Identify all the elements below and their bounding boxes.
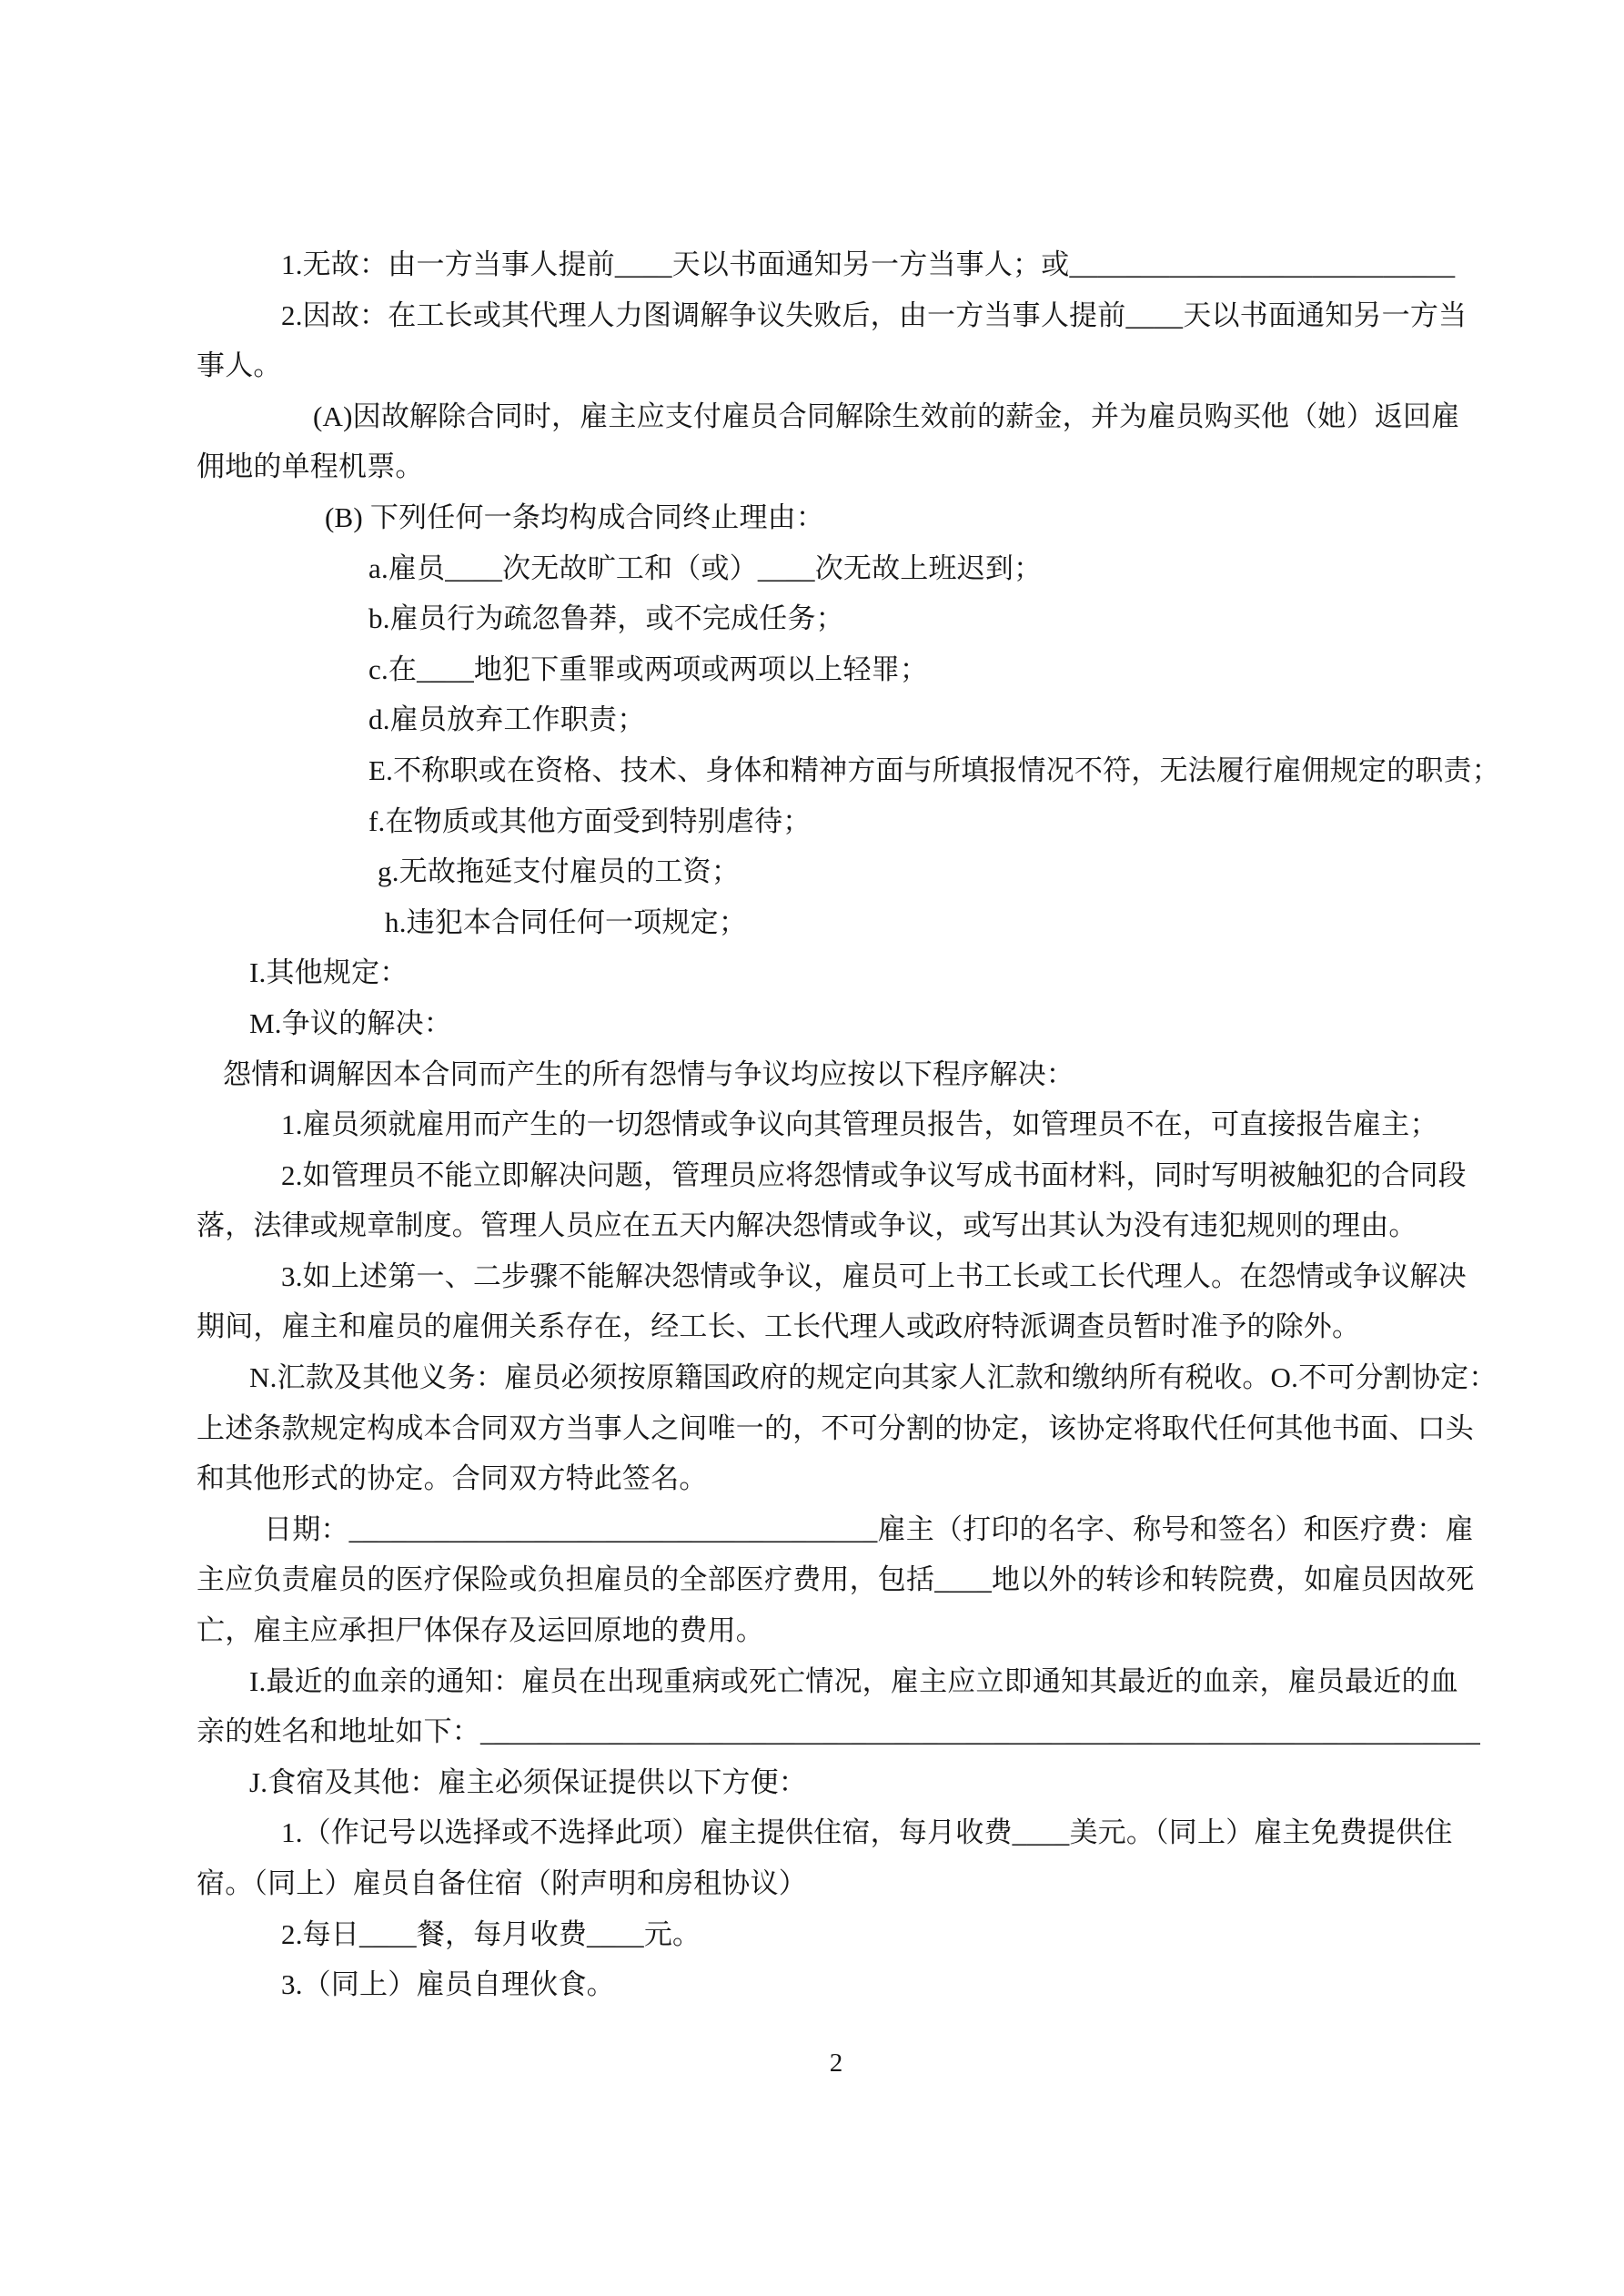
contract-line: 事人。 (197, 340, 1476, 391)
contract-line: 落，法律或规章制度。管理人员应在五天内解决怨情或争议，或写出其认为没有违犯规则的… (197, 1200, 1476, 1251)
contract-line: g.无故拖延支付雇员的工资； (197, 846, 1476, 897)
contract-line: 佣地的单程机票。 (197, 441, 1476, 492)
contract-line: I.最近的血亲的通知：雇员在出现重病或死亡情况，雇主应立即通知其最近的血亲，雇员… (197, 1656, 1476, 1707)
contract-line: M.争议的解决： (197, 998, 1476, 1049)
document-lines: 1.无故：由一方当事人提前____天以书面通知另一方当事人；或_________… (197, 239, 1476, 2010)
contract-line: (B) 下列任何一条均构成合同终止理由： (197, 492, 1476, 543)
contract-line: 上述条款规定构成本合同双方当事人之间唯一的，不可分割的协定，该协定将取代任何其他… (197, 1403, 1476, 1454)
contract-line: 1.无故：由一方当事人提前____天以书面通知另一方当事人；或_________… (197, 239, 1476, 290)
contract-line: 和其他形式的协定。合同双方特此签名。 (197, 1453, 1476, 1504)
contract-line: 主应负责雇员的医疗保险或负担雇员的全部医疗费用，包括____地以外的转诊和转院费… (197, 1554, 1476, 1605)
contract-line: 亡，雇主应承担尸体保存及运回原地的费用。 (197, 1605, 1476, 1656)
contract-line: J.食宿及其他：雇主必须保证提供以下方便： (197, 1757, 1476, 1808)
contract-line: 3.（同上）雇员自理伙食。 (197, 1959, 1476, 2010)
contract-page: 1.无故：由一方当事人提前____天以书面通知另一方当事人；或_________… (0, 0, 1624, 2296)
contract-line: 1.雇员须就雇用而产生的一切怨情或争议向其管理员报告，如管理员不在，可直接报告雇… (197, 1099, 1476, 1150)
contract-line: 日期：_____________________________________… (197, 1504, 1476, 1555)
contract-line: d.雇员放弃工作职责； (197, 694, 1476, 745)
contract-line: 3.如上述第一、二步骤不能解决怨情或争议，雇员可上书工长或工长代理人。在怨情或争… (197, 1251, 1476, 1302)
contract-line: 2.如管理员不能立即解决问题，管理员应将怨情或争议写成书面材料，同时写明被触犯的… (197, 1150, 1476, 1201)
contract-line: 2.因故：在工长或其代理人力图调解争议失败后，由一方当事人提前____天以书面通… (197, 290, 1476, 341)
contract-line: 1.（作记号以选择或不选择此项）雇主提供住宿，每月收费____美元。（同上）雇主… (197, 1807, 1476, 1858)
contract-line: N.汇款及其他义务：雇员必须按原籍国政府的规定向其家人汇款和缴纳所有税收。O.不… (197, 1352, 1476, 1403)
contract-line: h.违犯本合同任何一项规定； (197, 897, 1476, 948)
page-number: 2 (197, 2045, 1476, 2081)
contract-line: 怨情和调解因本合同而产生的所有怨情与争议均应按以下程序解决： (197, 1049, 1476, 1100)
contract-line: 期间，雇主和雇员的雇佣关系存在，经工长、工长代理人或政府特派调查员暂时准予的除外… (197, 1301, 1476, 1352)
contract-line: I.其他规定： (197, 947, 1476, 998)
contract-line: (A)因故解除合同时，雇主应支付雇员合同解除生效前的薪金，并为雇员购买他（她）返… (197, 391, 1476, 442)
contract-line: 2.每日____餐，每月收费____元。 (197, 1909, 1476, 1960)
contract-line: a.雇员____次无故旷工和（或）____次无故上班迟到； (197, 543, 1476, 594)
contract-line: f.在物质或其他方面受到特别虐待； (197, 796, 1476, 847)
contract-line: 宿。（同上）雇员自备住宿（附声明和房租协议） (197, 1858, 1476, 1909)
contract-line: 亲的姓名和地址如下：______________________________… (197, 1706, 1476, 1757)
contract-line: b.雇员行为疏忽鲁莽，或不完成任务； (197, 593, 1476, 644)
contract-line: c.在____地犯下重罪或两项或两项以上轻罪； (197, 644, 1476, 695)
contract-line: E.不称职或在资格、技术、身体和精神方面与所填报情况不符，无法履行雇佣规定的职责… (197, 745, 1476, 796)
